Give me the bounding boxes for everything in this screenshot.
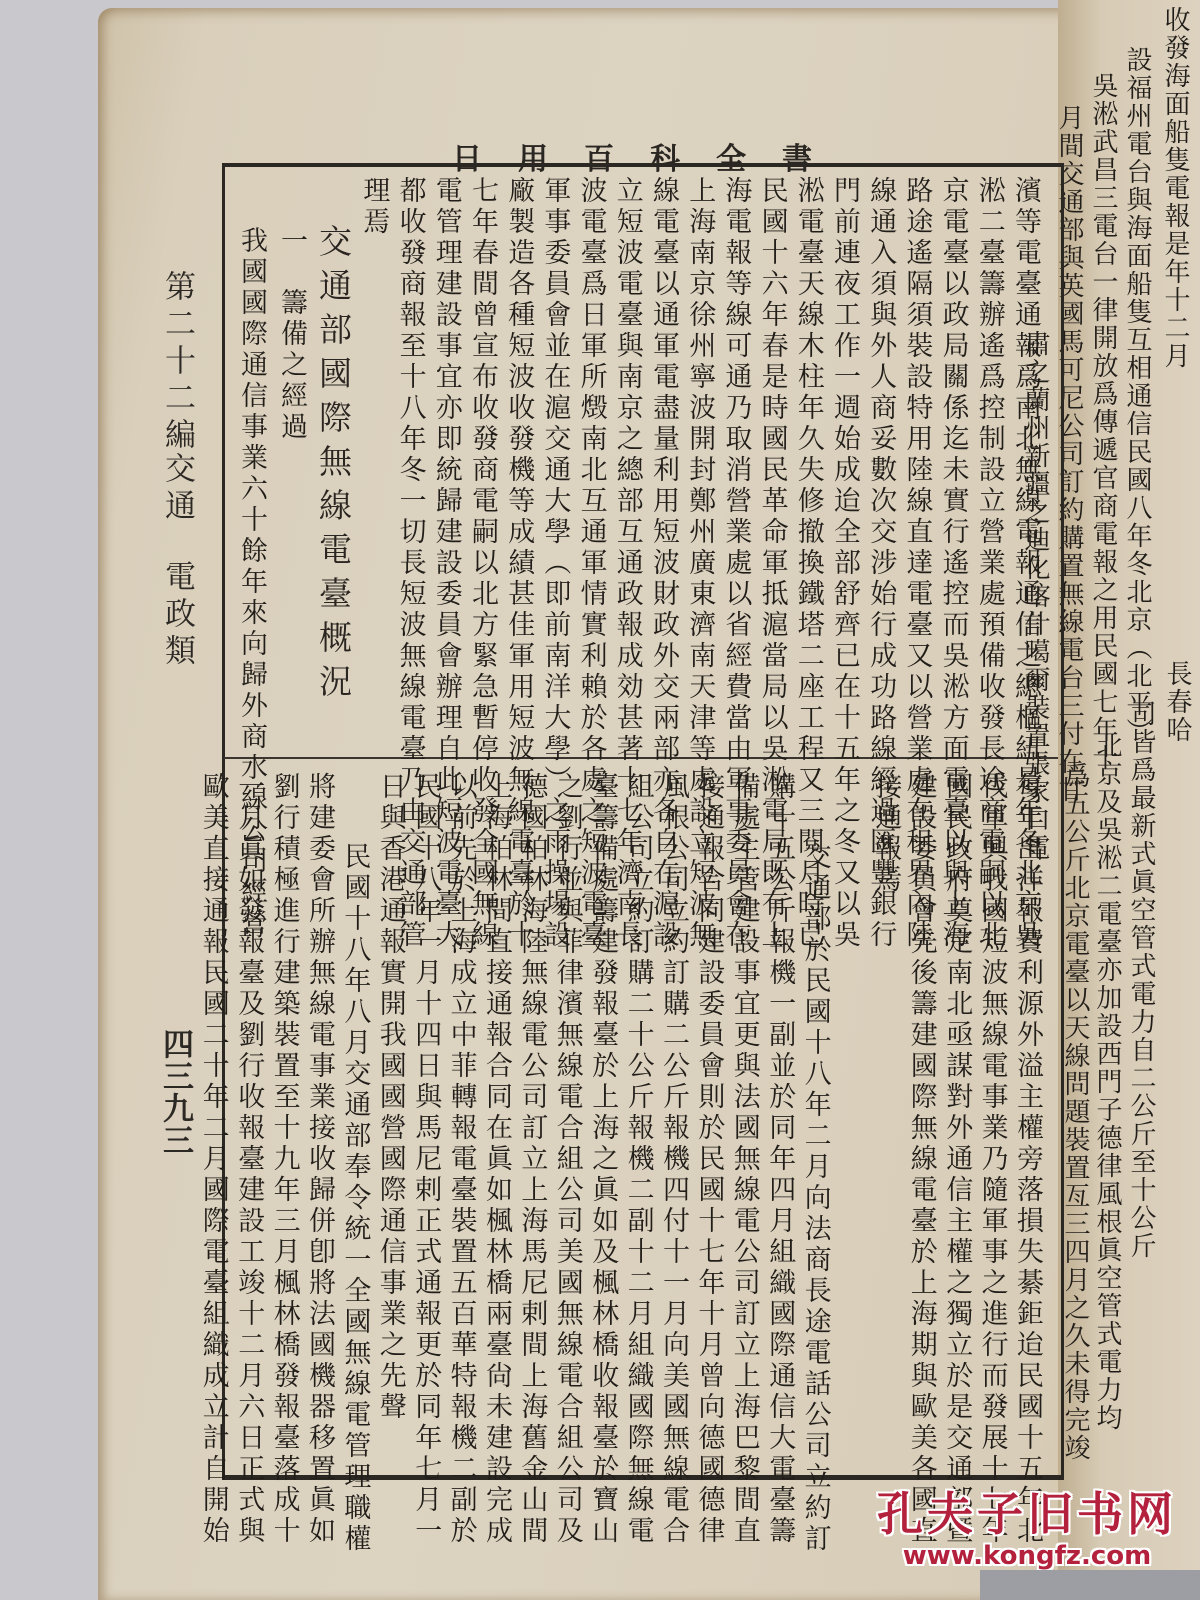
text-column: 以前先於上海成立中菲轉報電臺裝置五百華特報機二副於: [444, 772, 478, 1547]
subsection-title: 一 籌備之經過: [274, 226, 308, 443]
intro-paragraph: 我國國際通信事業六十餘年來向歸外商水線公司經營: [234, 226, 268, 939]
text-column: 接通報焉: [868, 772, 902, 896]
text-column: 日與香港通報實開我國國營國際通信事業之先聲: [373, 772, 407, 1423]
text-column: 組公司立約訂購二十公斤報機二副十二月組織國際無線電: [621, 772, 655, 1547]
category-label: 交通: [160, 452, 194, 526]
adjacent-text-column: 收發海面船隻電報是年十二月: [1158, 6, 1191, 370]
watermark-url: www.kongfz.com: [872, 1540, 1182, 1572]
text-column: 歐美直接通報民國二十年二月國際電臺組織成立計自開始: [196, 772, 230, 1547]
text-column: 民國十八年八月交通部奉令統一全國無線電管理職權: [337, 842, 371, 1555]
section-title: 交通部國際無線電臺概況: [316, 224, 350, 708]
watermark-name: 孔夫子旧书网: [872, 1488, 1182, 1540]
text-column: 之劉行並與菲律濱無線電合組公司美國無線電合組公司及: [550, 772, 584, 1547]
text-column: 伐軍興我國短波無線電事業乃隨軍事之進行而發展十七年: [975, 772, 1009, 1547]
text-column: 民國十八年一月十四日與馬尼剌正式通報更於同年七月一: [408, 772, 442, 1547]
class-label: 電政類: [160, 560, 194, 671]
text-column: 建設委員會先後籌建國際無線電臺於上海期與歐美各國直: [904, 772, 938, 1547]
adjacent-page: 收發海面船隻電報是年十二月設福州電台與海面船隻互相通信民國八年冬北京（北平）吳淞…: [1058, 0, 1200, 1600]
adjacent-text-column: 司皆爲最新式眞空管式電力自二公斤至十公斤: [1124, 700, 1157, 1260]
table-surface: [980, 1570, 1200, 1600]
adjacent-text-column: 北京及吳淞二電臺亦加設西門子德律風根眞空管式電力均: [1090, 732, 1123, 1432]
text-column: 上海柏林間直接通報合同在眞如楓林橋兩臺尙未建設完成: [479, 772, 513, 1547]
page-number: 四三九三: [158, 1028, 192, 1156]
text-column: 德國柏林海陸無線電公司訂立上海馬尼剌間上海舊金山間: [514, 772, 548, 1547]
adjacent-text-column: 吳淞武昌三電台一律開放爲傳遞官商電報之用民國七年十: [1086, 72, 1119, 772]
text-column: 門前連夜工作一週始成迨全部舒齊已在十五年之冬又以吳: [827, 176, 861, 951]
text-column: 購十五公斤報機一副並於同年四月組織國際通信大電臺籌: [762, 772, 796, 1547]
text-column: 交通部於民國十八年二月向法商長途電話公司立約訂: [798, 842, 832, 1555]
adjacent-text-column: 設福州電台與海面船隻互相通信民國八年冬北京（北平）: [1120, 46, 1153, 746]
text-column: 接通報合同建設委員會則於民國十七年十月曾向德國德律: [691, 772, 725, 1547]
text-column: 臺籌備處籌建發報臺於上海之眞如及楓林橋收報臺於寶山: [585, 772, 619, 1547]
text-column: 備處主管建設事宜更與法國無線電公司訂立上海巴黎間直: [727, 772, 761, 1547]
volume-label: 第二十二編: [160, 270, 194, 455]
adjacent-text-column: 長春哈: [1160, 660, 1193, 744]
text-column: 國民政府奠定南北亟謀對外通信主權之獨立於是交通部暨: [939, 772, 973, 1547]
text-column: 風根公司立約訂購二公斤報機四付十一月向美國無線電合: [656, 772, 690, 1547]
text-column: 將建委會所辦無線電事業接收歸併卽將法國機器移置眞如: [302, 772, 336, 1547]
text-column: 每年出洋報費利源外溢主權旁落損失綦鉅迨民國十五年北: [1010, 772, 1044, 1547]
watermark: 孔夫子旧书网 www.kongfz.com: [872, 1488, 1182, 1572]
text-column: 劉行積極進行建築裝置至十九年三月楓林橋發報臺落成十: [267, 772, 301, 1547]
text-column: 理焉: [356, 176, 390, 238]
